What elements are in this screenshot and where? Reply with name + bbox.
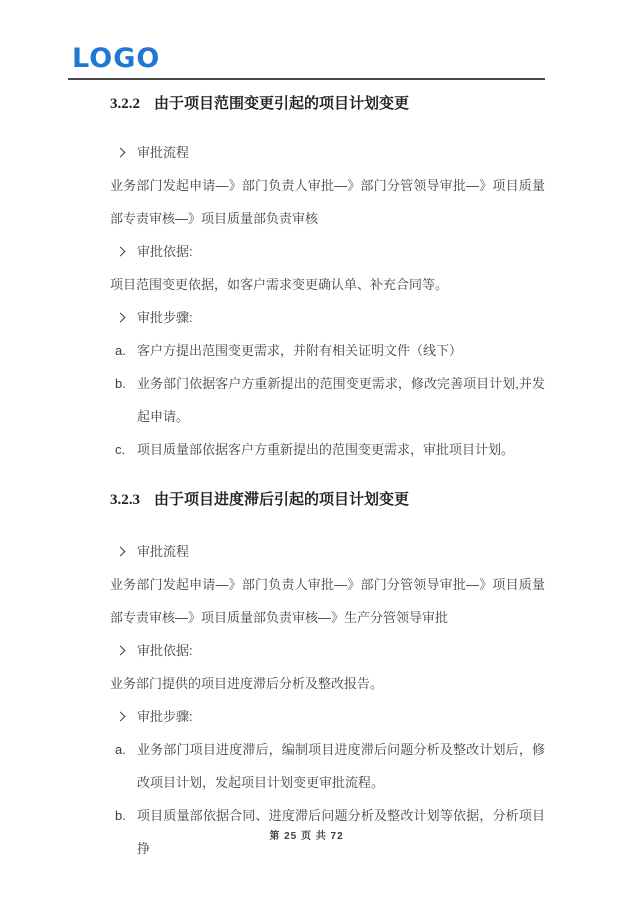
bullet-marker — [110, 235, 137, 268]
lettered-list-item: a.业务部门项目进度滞后，编制项目进度滞后问题分析及整改计划后，修改项目计划，发… — [110, 733, 545, 799]
section-heading: 3.2.3由于项目进度滞后引起的项目计划变更 — [110, 488, 545, 512]
paragraph: 业务部门发起申请—》部门负责人审批—》部门分管领导审批—》项目质量部专责审核—》… — [110, 169, 545, 235]
bullet-list-item: 审批流程 — [110, 535, 545, 568]
arrow-bullet-icon — [116, 546, 126, 556]
bullet-label: 审批依据: — [137, 235, 545, 268]
bullet-marker — [110, 301, 137, 334]
item-text: 业务部门项目进度滞后，编制项目进度滞后问题分析及整改计划后，修改项目计划，发起项… — [137, 733, 545, 799]
bullet-marker — [110, 634, 137, 667]
bullet-list-item: 审批依据: — [110, 235, 545, 268]
section-heading: 3.2.2由于项目范围变更引起的项目计划变更 — [110, 92, 545, 116]
page-header: LOGO — [0, 44, 640, 80]
paragraph: 业务部门提供的项目进度滞后分析及整改报告。 — [110, 667, 545, 700]
heading-number: 3.2.3 — [110, 492, 140, 508]
document-body: 3.2.2由于项目范围变更引起的项目计划变更审批流程业务部门发起申请—》部门负责… — [110, 80, 545, 865]
document-page: LOGO 3.2.2由于项目范围变更引起的项目计划变更审批流程业务部门发起申请—… — [0, 0, 640, 906]
item-text: 客户方提出范围变更需求，并附有相关证明文件（线下） — [137, 334, 545, 367]
arrow-bullet-icon — [116, 147, 126, 157]
paragraph: 项目范围变更依据，如客户需求变更确认单、补充合同等。 — [110, 268, 545, 301]
bullet-list-item: 审批依据: — [110, 634, 545, 667]
bullet-label: 审批流程 — [137, 535, 545, 568]
lettered-list-item: b.业务部门依据客户方重新提出的范围变更需求，修改完善项目计划,并发起申请。 — [110, 367, 545, 433]
bullet-list-item: 审批步骤: — [110, 700, 545, 733]
paragraph: 业务部门发起申请—》部门负责人审批—》部门分管领导审批—》项目质量部专责审核—》… — [110, 568, 545, 634]
bullet-marker — [110, 700, 137, 733]
item-letter-marker: a. — [110, 733, 137, 799]
arrow-bullet-icon — [116, 312, 126, 322]
heading-title: 由于项目进度滞后引起的项目计划变更 — [154, 491, 409, 508]
lettered-list-item: c.项目质量部依据客户方重新提出的范围变更需求，审批项目计划。 — [110, 433, 545, 466]
bullet-label: 审批步骤: — [137, 301, 545, 334]
arrow-bullet-icon — [116, 645, 126, 655]
arrow-bullet-icon — [116, 711, 126, 721]
heading-title: 由于项目范围变更引起的项目计划变更 — [154, 95, 409, 112]
bullet-marker — [110, 136, 137, 169]
heading-number: 3.2.2 — [110, 96, 140, 112]
bullet-list-item: 审批流程 — [110, 136, 545, 169]
item-letter-marker: a. — [110, 334, 137, 367]
bullet-label: 审批依据: — [137, 634, 545, 667]
bullet-label: 审批步骤: — [137, 700, 545, 733]
lettered-list-item: a.客户方提出范围变更需求，并附有相关证明文件（线下） — [110, 334, 545, 367]
bullet-label: 审批流程 — [137, 136, 545, 169]
item-letter-marker: b. — [110, 367, 137, 433]
company-logo: LOGO — [72, 44, 640, 74]
page-number: 第 25 页 共 72 — [269, 831, 343, 842]
bullet-marker — [110, 535, 137, 568]
bullet-list-item: 审批步骤: — [110, 301, 545, 334]
item-text: 项目质量部依据客户方重新提出的范围变更需求，审批项目计划。 — [137, 433, 545, 466]
page-footer: 第 25 页 共 72 — [68, 827, 545, 842]
item-text: 业务部门依据客户方重新提出的范围变更需求，修改完善项目计划,并发起申请。 — [137, 367, 545, 433]
arrow-bullet-icon — [116, 246, 126, 256]
item-letter-marker: c. — [110, 433, 137, 466]
